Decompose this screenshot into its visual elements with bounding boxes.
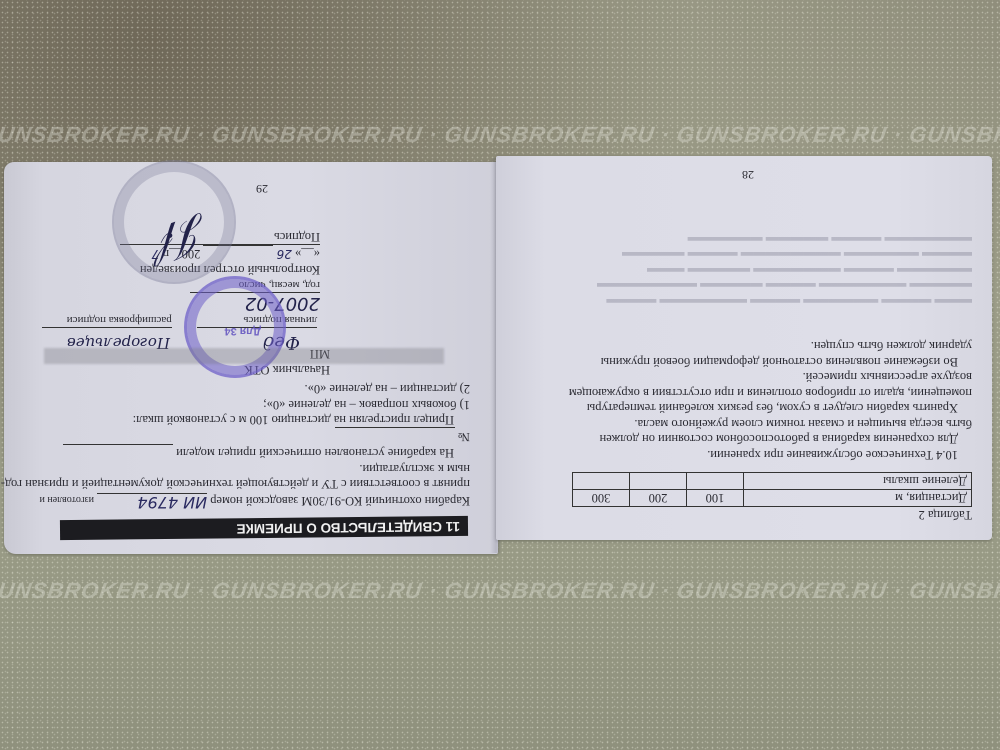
serial-number-handwritten: ИИ 4794 xyxy=(97,494,207,511)
right-page: Таблица 2 Дистанция, м 100 200 300 Делен… xyxy=(496,156,992,540)
left-page: 11 СВИДЕТЕЛЬСТВО О ПРИЕМКЕ Карабин охотн… xyxy=(4,162,498,554)
text-line: Карабин охотничий КО-91/30М заводской но… xyxy=(50,492,470,511)
bleed-through-text: ▬▬▬ ▬▬▬▬ ▬▬▬▬▬▬ ▬▬▬▬ ▬▬▬▬▬▬▬ ▬▬▬▬ ▬▬▬▬▬ … xyxy=(572,233,972,311)
table-caption: Таблица 2 xyxy=(919,507,972,523)
table-cell xyxy=(573,473,630,490)
text-line: помещении, вдали от приборов отопления и… xyxy=(572,385,972,401)
text-line: На карабине установлен оптический прицел… xyxy=(50,444,470,461)
table-cell-label: Дистанция, м xyxy=(744,490,972,507)
open-booklet: 11 СВИДЕТЕЛЬСТВО О ПРИЕМКЕ Карабин охотн… xyxy=(0,150,1000,560)
text-line: 2) дистанции – на деление «0». xyxy=(50,381,470,397)
text-line: 1) боковых поправок – на деление «0»; xyxy=(50,397,470,413)
text-line: «__» 26 200__г. 7 xyxy=(50,245,470,262)
bleed-through-band xyxy=(44,348,444,364)
text-line: ударник должен быть спущен. xyxy=(572,338,972,354)
section-title-bar: 11 СВИДЕТЕЛЬСТВО О ПРИЕМКЕ xyxy=(60,516,468,540)
text-line: принят в соответствии с ТУ и действующей… xyxy=(50,476,470,492)
table-row: Деление шкалы xyxy=(573,473,972,490)
right-page-content: Таблица 2 Дистанция, м 100 200 300 Делен… xyxy=(496,156,992,540)
text-line: Для сохранения карабина в работоспособно… xyxy=(572,431,972,447)
scope-model-field xyxy=(63,444,173,461)
table-cell: 200 xyxy=(630,490,687,507)
table-cell xyxy=(630,473,687,490)
text-line: ным к эксплуатации. xyxy=(50,461,470,477)
table-cell: 100 xyxy=(687,490,744,507)
scope-number-field xyxy=(335,428,455,445)
table-cell-label: Деление шкалы xyxy=(744,473,972,490)
text-line: Хранить карабин следует в сухом, без рез… xyxy=(572,400,972,416)
text-line: воздухе агрессивных примесей. xyxy=(572,369,972,385)
text-line: Прицел пристрелян на дистанцию 100 м с у… xyxy=(50,412,470,428)
table-cell xyxy=(687,473,744,490)
watermark-bottom: GUNSBROKER.RU · GUNSBROKER.RU · GUNSBROK… xyxy=(0,578,1000,604)
table-cell: 300 xyxy=(573,490,630,507)
text-line: Контрольный отстрел произведен xyxy=(50,262,470,278)
text-line: Во избежание появления остаточной деформ… xyxy=(572,354,972,370)
page-number: 28 xyxy=(742,167,754,183)
section-heading: 10.4 Техническое обслуживание при хранен… xyxy=(572,447,972,463)
text-line: быть всегда вычищен и смазан тонким слое… xyxy=(572,416,972,432)
page-number: 29 xyxy=(256,181,268,197)
watermark-top: GUNSBROKER.RU · GUNSBROKER.RU · GUNSBROK… xyxy=(0,122,1000,148)
table-row: Дистанция, м 100 200 300 xyxy=(573,490,972,507)
scale-table: Дистанция, м 100 200 300 Деление шкалы xyxy=(572,472,972,507)
text-line: № xyxy=(50,428,470,445)
maintenance-text: 10.4 Техническое обслуживание при хранен… xyxy=(572,338,972,462)
